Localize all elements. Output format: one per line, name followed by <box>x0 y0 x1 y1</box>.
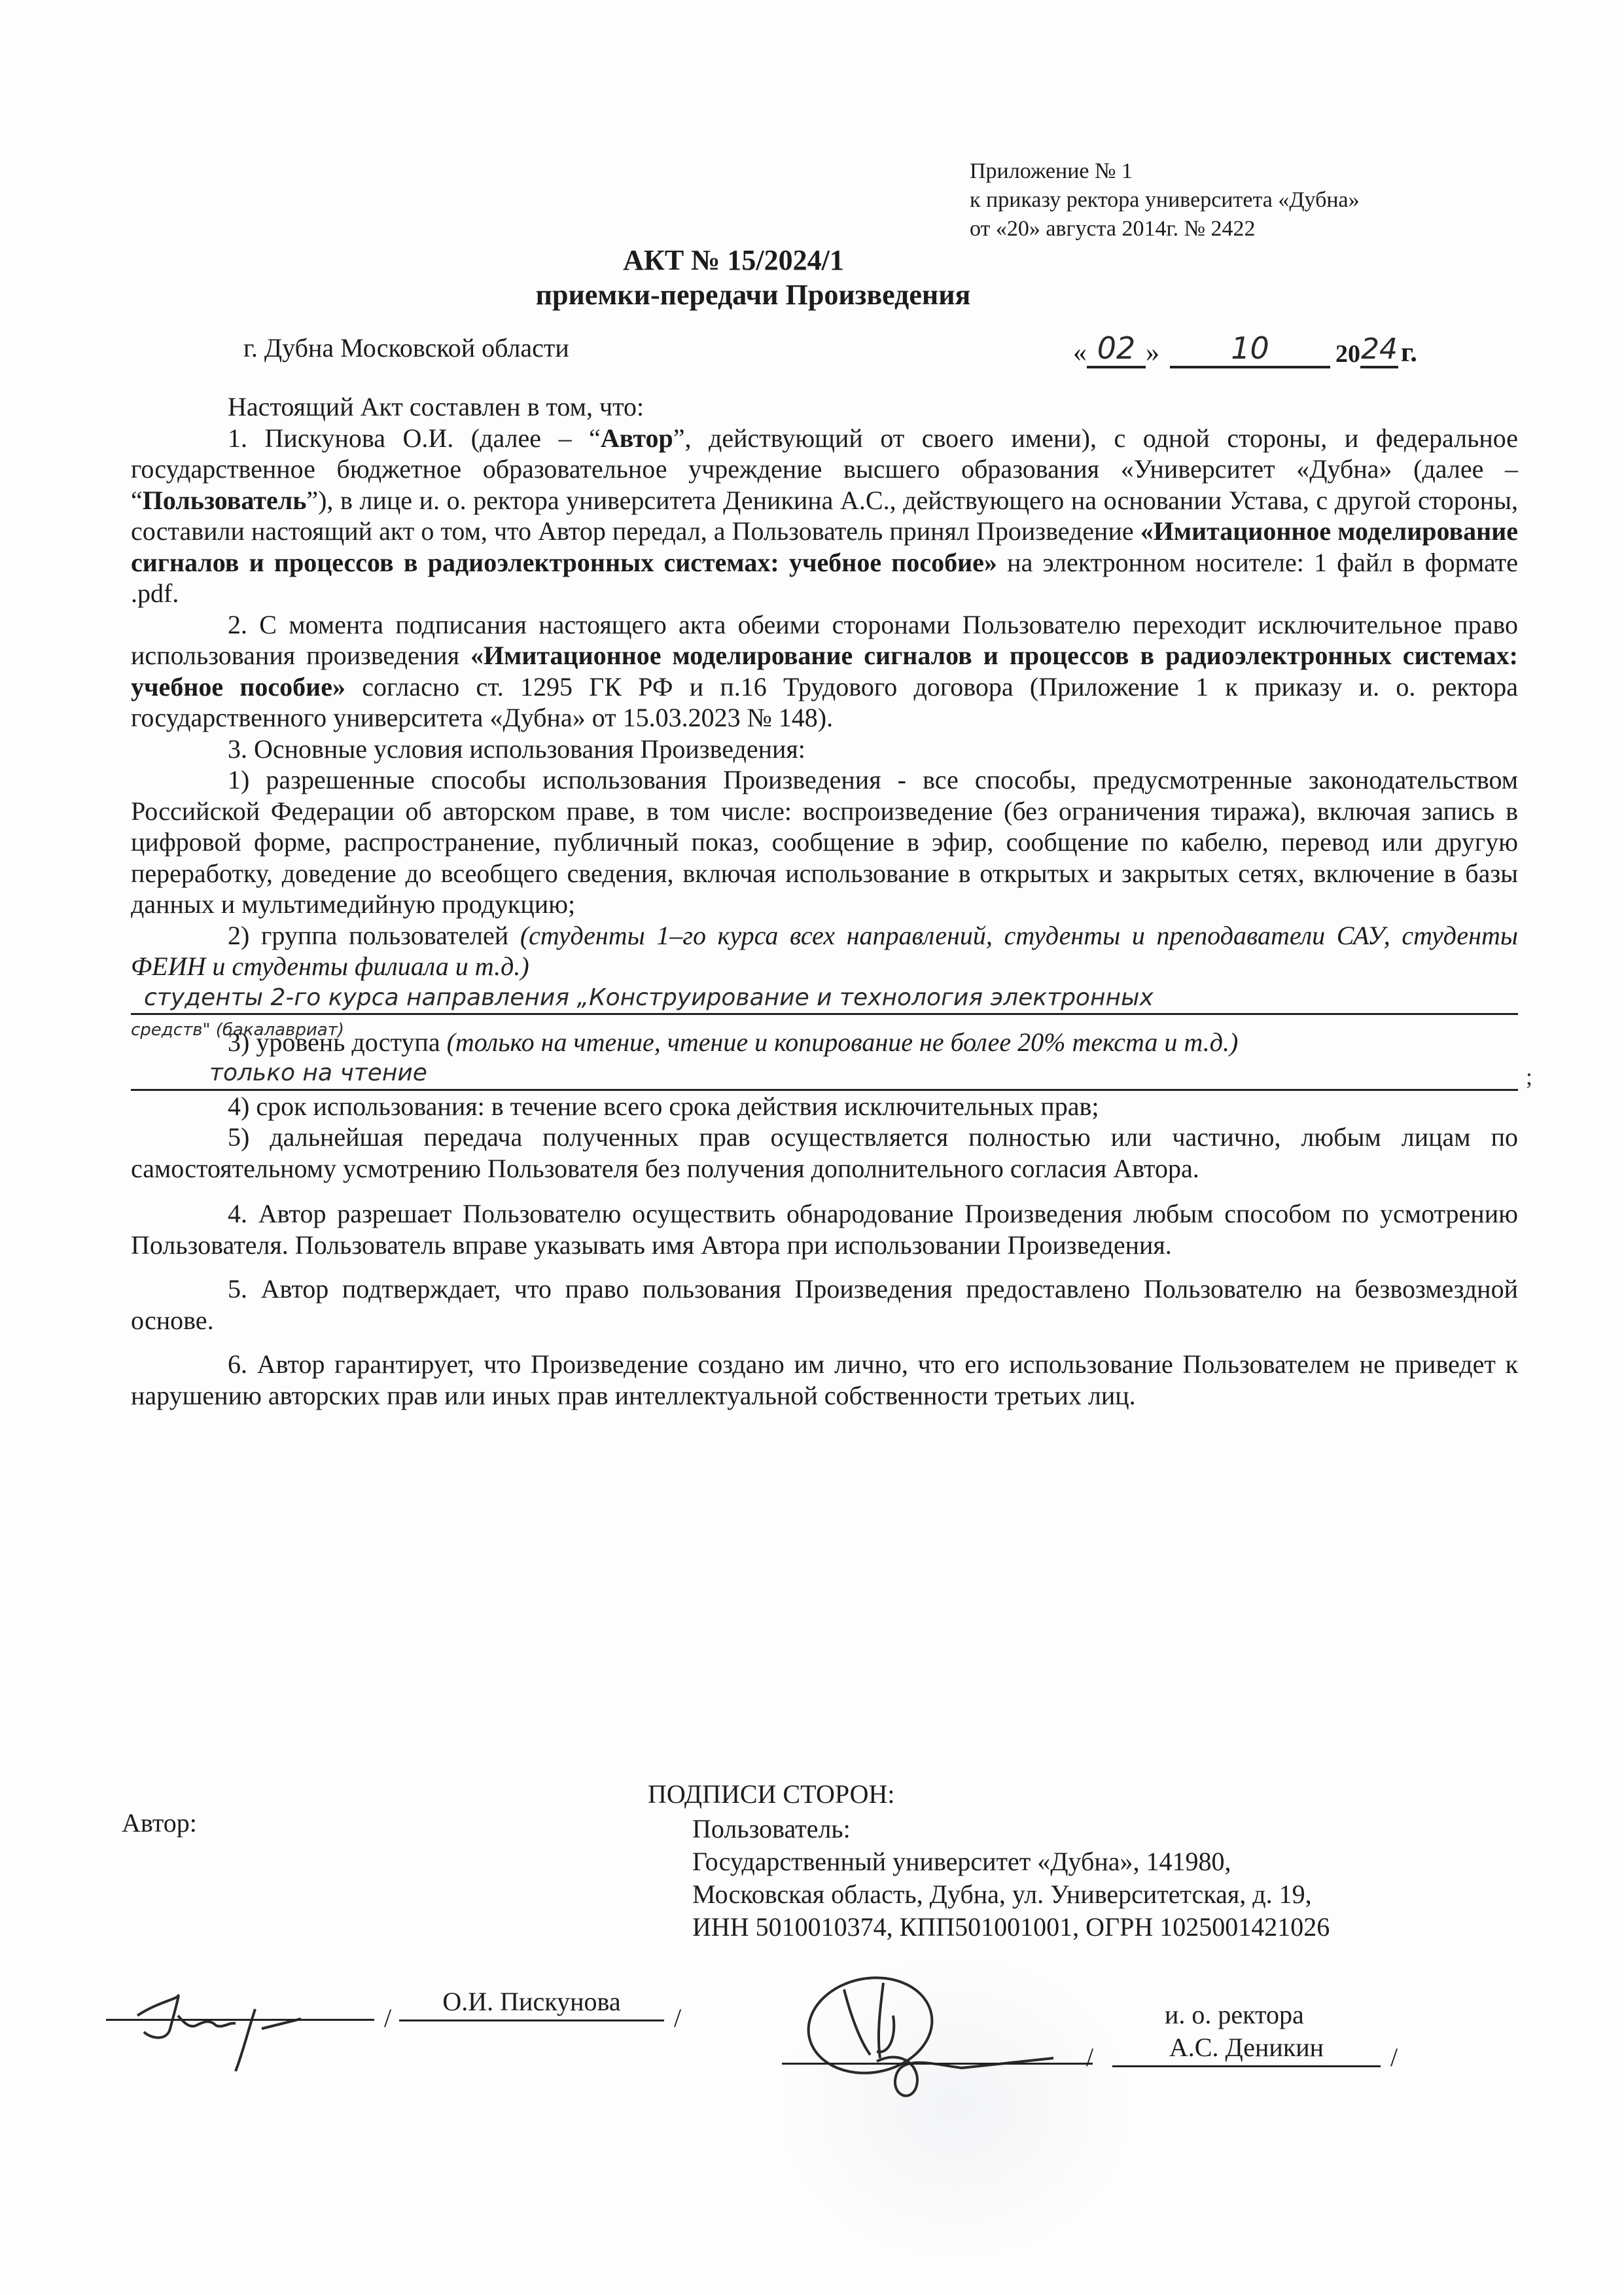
rector-signature-line <box>782 2063 1093 2065</box>
user-label: Пользователь: <box>692 1813 1330 1845</box>
document-page: Приложение № 1 к приказу ректора универс… <box>0 0 1624 2295</box>
author-label: Автор: <box>122 1807 197 1838</box>
user-address: Московская область, Дубна, ул. Университ… <box>692 1878 1330 1911</box>
user-details: Пользователь: Государственный университе… <box>692 1813 1330 1944</box>
author-signature-icon <box>131 1989 380 2074</box>
signatures-heading: ПОДПИСИ СТОРОН: <box>648 1779 895 1809</box>
rector-name: А.С. Деникин <box>1112 2032 1381 2067</box>
signatures-section: ПОДПИСИ СТОРОН: Автор: Пользователь: Гос… <box>0 0 1624 2295</box>
author-slash-1: / <box>384 2002 391 2033</box>
user-registration-ids: ИНН 5010010374, КПП501001001, ОГРН 10250… <box>692 1911 1330 1944</box>
author-signature-line <box>106 2019 374 2021</box>
rector-slash-1: / <box>1086 2042 1093 2073</box>
rector-slash-2: / <box>1390 2042 1398 2073</box>
author-slash-2: / <box>674 2002 681 2033</box>
user-organization: Государственный университет «Дубна», 141… <box>692 1845 1330 1878</box>
rector-signature-icon <box>798 1976 1112 2107</box>
rector-role: и. о. ректора <box>1165 1999 1304 2030</box>
author-name: О.И. Пискунова <box>399 1986 664 2021</box>
